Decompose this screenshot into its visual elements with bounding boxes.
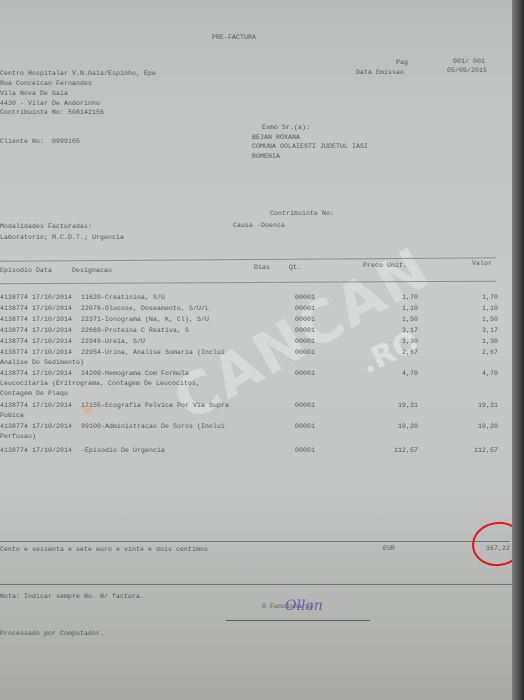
row-value: 3,17 <box>458 327 498 335</box>
row-episode-date: 4138774 17/10/2014 <box>0 370 72 378</box>
row-episode-date: 4138774 17/10/2014 <box>0 316 72 324</box>
row-episode-date: 4138774 17/10/2014 <box>0 402 72 410</box>
row-designation-cont: Analise Do Sedimento) <box>0 359 84 367</box>
row-designation: 17155-Ecografia Pelvica Por Via Supra <box>81 402 229 410</box>
signature: Ollan <box>285 598 323 614</box>
row-qty: 00001 <box>295 327 315 335</box>
row-designation: 22954-Urina, Analise Sumaria (Inclui <box>81 349 225 357</box>
row-designation: 99100-Administracao De Soros (Inclui <box>81 423 225 431</box>
row-unit-price: 3,17 <box>380 327 418 335</box>
col-qty: Qt. <box>289 264 301 272</box>
modalities-value: Laboratorio; M.C.D.T.; Urgencia <box>0 234 124 242</box>
total-rule-bottom <box>0 584 512 585</box>
row-value: 2,67 <box>458 349 498 357</box>
row-unit-price: 1,50 <box>380 316 418 324</box>
footer-note: Nota: Indicar sempre No. N/ factura. <box>0 593 144 601</box>
client-address: COMUNA GOLAIESTI JUDETUL IASI <box>252 143 368 151</box>
cause-label: Causa -Doenca <box>233 222 285 230</box>
row-unit-price: 4,70 <box>380 370 418 378</box>
invoice-paper: CANCAN .RO ★ PRE-FACTURA Pag 001/ 001 Da… <box>0 0 512 700</box>
client-number: 0999105 <box>52 138 80 146</box>
row-value: 1,50 <box>458 316 498 324</box>
total-currency: EUR <box>383 545 395 553</box>
row-qty: 00001 <box>295 349 315 357</box>
issue-date-label: Data Emissao <box>356 69 404 77</box>
client-number-label: Cliente No: <box>0 138 44 146</box>
col-designation: Designacao <box>72 267 112 275</box>
row-unit-price: 112,57 <box>380 447 418 455</box>
row-qty: 00001 <box>295 370 315 378</box>
row-qty: 00001 <box>295 305 315 313</box>
row-value: 1,10 <box>458 305 498 313</box>
row-designation-cont: Contagem De Plaqu <box>0 390 68 398</box>
client-country: ROMENIA <box>252 153 280 161</box>
row-episode-date: 4138774 17/10/2014 <box>0 294 72 302</box>
page-value: 001/ 001 <box>453 58 485 66</box>
col-days: Dias <box>254 264 270 272</box>
row-designation: 22949-Ureia, S/U <box>81 338 145 346</box>
processed-by: Processado por Computador. <box>0 630 104 638</box>
row-qty: 00001 <box>295 402 315 410</box>
row-qty: 00001 <box>295 338 315 346</box>
row-episode-date: 4138774 17/10/2014 <box>0 305 72 313</box>
issuer-city: Vila Nova De Gaia <box>0 90 68 98</box>
row-unit-price: 19,20 <box>380 423 418 431</box>
row-designation: 24209-Hemograma Com Formula <box>81 370 189 378</box>
row-value: 4,70 <box>458 370 498 378</box>
row-designation-cont: Perfusao) <box>0 433 36 441</box>
issuer-postal: 4430 - Vilar De Andorinho <box>0 100 100 108</box>
col-unit-price: Preco Unit. <box>363 262 407 270</box>
issuer-street: Rua Conceicao Fernandes <box>0 80 92 88</box>
row-value: 112,57 <box>458 447 498 455</box>
row-designation: 22669-Proteina C Reativa, S <box>81 327 189 335</box>
client-tax-label: Contribuinte No: <box>270 210 334 218</box>
signature-line <box>226 620 370 621</box>
row-designation: 22371-Ionograma (Na, K, Cl), S/U <box>81 316 209 324</box>
row-unit-price: 1,10 <box>380 305 418 313</box>
row-designation: 11620-Creatinina, S/U <box>81 294 165 302</box>
col-value: Valor <box>472 260 492 268</box>
issuer-tax-id: Contribuinte No: 508142156 <box>0 109 104 117</box>
col-episode-date: Episodio Data <box>0 267 52 275</box>
row-episode-date: 4138774 17/10/2014 <box>0 327 72 335</box>
client-name: BEJAN ROXANA <box>252 134 300 142</box>
total-in-words: Cento e sessenta e sete euro e vinte e d… <box>0 546 208 554</box>
row-qty: 00001 <box>295 294 315 302</box>
row-value: 19,31 <box>458 402 498 410</box>
client-salutation: Exmo Sr.(a): <box>262 124 310 132</box>
row-designation-cont: Leucocitaria (Eritrograma, Contagem De L… <box>0 380 200 388</box>
row-qty: 00001 <box>295 447 315 455</box>
row-episode-date: 4138774 17/10/2014 <box>0 349 72 357</box>
row-unit-price: 19,31 <box>380 402 418 410</box>
issue-date: 05/05/2015 <box>447 67 487 75</box>
page-label: Pag <box>396 59 408 67</box>
document-title: PRE-FACTURA <box>212 34 256 42</box>
row-value: 1,30 <box>458 338 498 346</box>
row-designation: 22076-Glucose, Doseamento, S/U/L <box>81 305 209 313</box>
issuer-name: Centro Hospitalar V.N.Gaia/Espinho, Epe <box>0 70 156 78</box>
row-episode-date: 4138774 17/10/2014 <box>0 447 72 455</box>
row-qty: 00001 <box>295 423 315 431</box>
row-unit-price: 1,70 <box>380 294 418 302</box>
row-episode-date: 4138774 17/10/2014 <box>0 338 72 346</box>
modalities-label: Modalidades Facturadas: <box>0 223 92 231</box>
row-value: 19,20 <box>458 423 498 431</box>
total-rule-top <box>0 541 510 542</box>
row-qty: 00001 <box>295 316 315 324</box>
paper-edge-shadow <box>512 0 524 700</box>
row-designation: -Episodio De Urgencia <box>81 447 165 455</box>
row-designation-cont: Pubica <box>0 412 24 420</box>
row-unit-price: 2,67 <box>380 349 418 357</box>
row-episode-date: 4138774 17/10/2014 <box>0 423 72 431</box>
row-unit-price: 1,30 <box>380 338 418 346</box>
row-value: 1,70 <box>458 294 498 302</box>
